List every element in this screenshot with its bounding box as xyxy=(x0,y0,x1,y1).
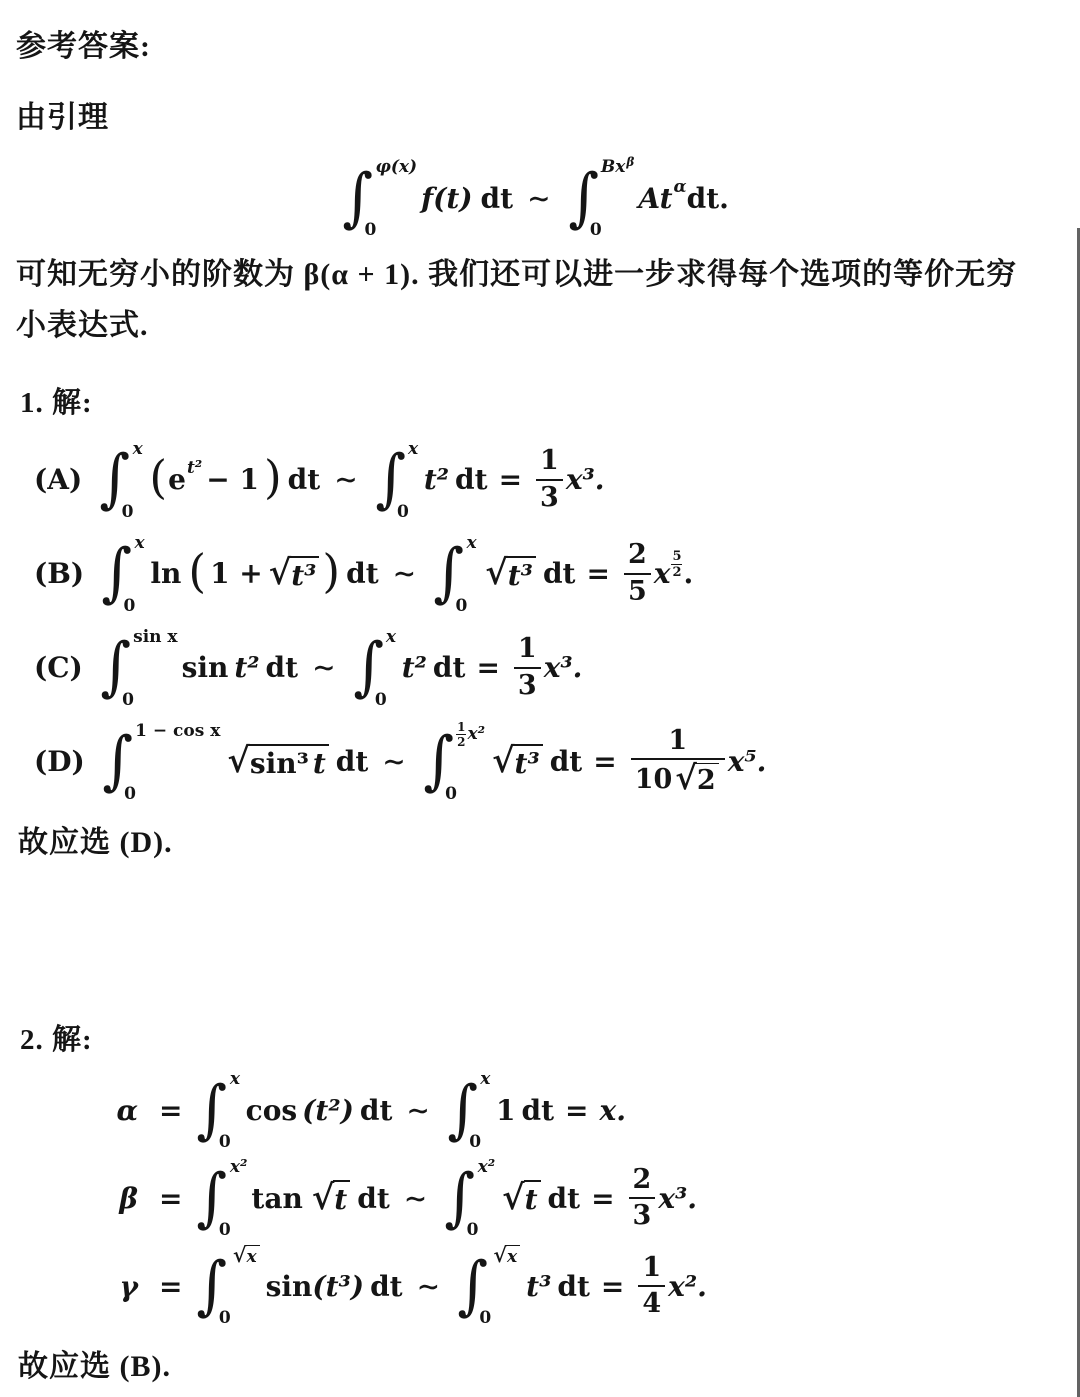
sqrt-sign: √ xyxy=(675,762,697,795)
conclusion-2: 故应选 (B). xyxy=(18,1344,1054,1389)
lower-limit: 0 xyxy=(467,1220,485,1240)
dt: dt xyxy=(548,1182,581,1215)
integral-sign: ∫ xyxy=(197,1257,228,1316)
lower-limit: 0 xyxy=(479,1308,511,1328)
equals: = xyxy=(159,1094,182,1127)
integral-sign: ∫ xyxy=(445,1169,476,1228)
equals: = xyxy=(159,1270,182,1303)
gamma-symbol: γ xyxy=(92,1270,138,1303)
tilde: ∼ xyxy=(393,557,416,590)
lower-limit: 0 xyxy=(219,1308,251,1328)
paragraph-line: 小表达式. xyxy=(16,303,1054,348)
option-d-row: (D) ∫ 1 − cos x0 √sin³t dt ∼ ∫ 12x² 0 √t… xyxy=(14,722,1054,802)
exponent: t² xyxy=(187,460,202,477)
integral: ∫ √x 0 xyxy=(195,1246,261,1326)
integral-sign: ∫ xyxy=(102,544,133,603)
upper-limit: x xyxy=(135,533,147,553)
dt: dt xyxy=(370,1270,403,1303)
option-label: (C) xyxy=(34,651,83,684)
equals: = xyxy=(159,1182,182,1215)
fraction: 13 xyxy=(536,447,563,512)
equals: = xyxy=(601,1270,624,1303)
upper-limit: x² xyxy=(478,1157,496,1177)
result: x³. xyxy=(566,463,605,496)
exponent: α xyxy=(674,179,687,196)
sqrt: √x xyxy=(232,1245,260,1267)
alpha-row: α = ∫ x0 cos (t²) dt ∼ ∫ x0 1 dt = x. xyxy=(14,1070,1054,1150)
sqrt: √t³ xyxy=(268,556,320,592)
dt: dt xyxy=(481,182,514,215)
dt: dt xyxy=(543,557,576,590)
fraction-bar xyxy=(514,667,541,669)
lower-limit: 0 xyxy=(124,784,209,804)
equals: = xyxy=(476,651,499,684)
dt: dt xyxy=(557,1270,590,1303)
upper-limit: x xyxy=(466,533,478,553)
integral: ∫ x0 xyxy=(446,1070,492,1150)
dt: dt xyxy=(346,557,379,590)
integral-sign: ∫ xyxy=(375,450,406,509)
option-label: (D) xyxy=(34,745,85,778)
gamma-row: γ = ∫ √x 0 sin(t³) dt ∼ ∫ √x 0 t³ dt = 1… xyxy=(14,1246,1054,1326)
sqrt: √sin³t xyxy=(226,744,328,780)
equals: = xyxy=(586,557,609,590)
period: . xyxy=(683,557,693,590)
lower-limit: 0 xyxy=(397,502,409,522)
sqrt-sign: √ xyxy=(227,744,249,778)
option-label: (B) xyxy=(34,557,84,590)
upper-limit: x xyxy=(133,439,145,459)
upper-limit: sin x xyxy=(133,627,177,647)
fraction-bar xyxy=(638,1285,665,1287)
sqrt-sign: √ xyxy=(502,1181,524,1215)
lower-limit: 0 xyxy=(219,1220,237,1240)
upper-limit: x xyxy=(230,1069,242,1089)
integrand: (t²) xyxy=(302,1094,354,1127)
lemma-intro: 由引理 xyxy=(16,95,1054,140)
ln: ln xyxy=(150,557,181,590)
dt: dt xyxy=(336,745,369,778)
upper-limit: x xyxy=(408,439,420,459)
exponent-fraction: 52 xyxy=(671,547,683,579)
section1-heading: 1. 解: xyxy=(20,382,1054,426)
tilde: ∼ xyxy=(527,182,550,215)
option-c-row: (C) ∫ sin x0 sin t² dt ∼ ∫ x0 t² dt = 13… xyxy=(14,628,1054,708)
page-title: 参考答案: xyxy=(16,24,1054,69)
tilde: ∼ xyxy=(382,745,405,778)
integral-sign: ∫ xyxy=(342,169,373,228)
integral-sign: ∫ xyxy=(457,1257,488,1316)
integral-sign: ∫ xyxy=(197,1169,228,1228)
sqrt-sign: √ xyxy=(312,1181,334,1215)
sqrt-sign: √ xyxy=(485,556,507,590)
lower-limit: 0 xyxy=(375,690,387,710)
left-paren: ( xyxy=(188,545,206,598)
sqrt-sign: √ xyxy=(269,556,291,590)
integral: ∫ x0 xyxy=(98,440,144,520)
upper-limit: Bxβ xyxy=(601,157,634,177)
integrand: t² xyxy=(424,463,449,496)
dt: dt xyxy=(550,745,583,778)
integrand: At xyxy=(638,182,672,215)
tilde: ∼ xyxy=(404,1182,427,1215)
equals: = xyxy=(593,745,616,778)
fraction-bar xyxy=(629,1197,656,1199)
tilde: ∼ xyxy=(312,651,335,684)
right-paren: ) xyxy=(264,451,282,504)
sin: sin xyxy=(182,651,229,684)
one-plus: 1 + xyxy=(210,557,263,590)
integrand: (t³) xyxy=(312,1270,364,1303)
fraction-bar xyxy=(624,573,651,575)
upper-limit: 12x² xyxy=(456,721,485,748)
equals: = xyxy=(499,463,522,496)
paragraph-line: 可知无穷小的阶数为 β(α + 1). 我们还可以进一步求得每个选项的等价无穷 xyxy=(16,252,1054,297)
sqrt-sign: √ xyxy=(492,744,514,778)
section2-heading: 2. 解: xyxy=(20,1019,1054,1063)
lower-limit: 0 xyxy=(455,596,467,616)
lower-limit: 0 xyxy=(590,220,623,240)
integral: ∫ Bxβ 0 xyxy=(567,158,635,238)
integrand: f(t) xyxy=(421,182,472,215)
dt: dt xyxy=(266,651,299,684)
sin: sin xyxy=(266,1270,313,1303)
upper-limit: x² xyxy=(230,1157,248,1177)
sqrt: √x xyxy=(492,1245,520,1267)
sqrt: √2 xyxy=(674,763,718,796)
fraction: 14 xyxy=(638,1254,665,1319)
minus-one: − 1 xyxy=(206,463,259,496)
left-paren: ( xyxy=(149,451,167,504)
cos: cos xyxy=(246,1094,298,1127)
dt: dt xyxy=(360,1094,393,1127)
tilde: ∼ xyxy=(334,463,357,496)
result: x. xyxy=(600,1094,626,1127)
beta-symbol: β xyxy=(92,1182,138,1215)
integral-sign: ∫ xyxy=(100,450,131,509)
fraction: 25 xyxy=(624,541,651,606)
integral: ∫ x0 xyxy=(100,534,146,614)
integrand: t³ xyxy=(526,1270,551,1303)
lower-limit: 0 xyxy=(122,690,166,710)
integral-sign: ∫ xyxy=(353,638,384,697)
integral-sign: ∫ xyxy=(447,1081,478,1140)
sqrt: √t³ xyxy=(491,744,543,780)
lower-limit: 0 xyxy=(469,1132,481,1152)
integral: ∫ φ(x) 0 xyxy=(341,158,417,238)
option-label: (A) xyxy=(34,463,82,496)
fraction: 110√2 xyxy=(631,727,725,796)
lemma-formula: ∫ φ(x) 0 f(t) dt ∼ ∫ Bxβ 0 Atα dt. xyxy=(14,158,1054,238)
sqrt: √t xyxy=(501,1180,540,1216)
upper-limit: x xyxy=(386,627,398,647)
dt: dt xyxy=(455,463,488,496)
fraction: 23 xyxy=(629,1166,656,1231)
lower-limit: 0 xyxy=(219,1132,231,1152)
alpha-symbol: α xyxy=(92,1094,138,1127)
upper-limit: 1 − cos x xyxy=(135,721,220,741)
result: x³. xyxy=(658,1182,697,1215)
half-fraction: 12 xyxy=(456,721,466,748)
integral: ∫ 12x² 0 xyxy=(422,722,485,802)
right-paren: ) xyxy=(322,545,340,598)
beta-row: β = ∫ x²0 tan √t dt ∼ ∫ x²0 √t dt = 23 x… xyxy=(14,1158,1054,1238)
lower-limit: 0 xyxy=(445,784,474,804)
lower-limit: 0 xyxy=(364,220,406,240)
result: x². xyxy=(668,1270,707,1303)
dt: dt xyxy=(522,1094,555,1127)
result: x⁵. xyxy=(728,745,767,778)
lower-limit: 0 xyxy=(122,502,134,522)
document-page: 参考答案: 由引理 ∫ φ(x) 0 f(t) dt ∼ ∫ Bxβ 0 Atα… xyxy=(0,0,1080,1389)
sqrt: √t xyxy=(311,1180,350,1216)
integral: ∫ sin x0 xyxy=(99,628,178,708)
dt: dt xyxy=(357,1182,390,1215)
integrand: t² xyxy=(402,651,427,684)
upper-limit: φ(x) xyxy=(375,157,417,177)
integral-sign: ∫ xyxy=(102,732,133,791)
integral: ∫ x0 xyxy=(374,440,420,520)
integral-sign: ∫ xyxy=(423,732,454,791)
dt: dt. xyxy=(687,182,729,215)
upper-limit: x xyxy=(480,1069,492,1089)
integrand: t² xyxy=(234,651,259,684)
integral-sign: ∫ xyxy=(197,1081,228,1140)
spacer xyxy=(14,865,1054,985)
fraction: 13 xyxy=(514,635,541,700)
lower-limit: 0 xyxy=(124,596,136,616)
integral: ∫ x0 xyxy=(195,1070,241,1150)
integral: ∫ x²0 xyxy=(443,1158,495,1238)
fraction-bar xyxy=(536,479,563,481)
sqrt: √t³ xyxy=(484,556,536,592)
tilde: ∼ xyxy=(406,1094,429,1127)
integral-sign: ∫ xyxy=(568,169,599,228)
equals: = xyxy=(591,1182,614,1215)
option-a-row: (A) ∫ x0 ( et² − 1 ) dt ∼ ∫ x0 t² dt = 1… xyxy=(14,440,1054,520)
tilde: ∼ xyxy=(417,1270,440,1303)
upper-limit: √x xyxy=(230,1245,262,1267)
option-b-row: (B) ∫ x0 ln ( 1 + √t³ ) dt ∼ ∫ x0 √t³ dt… xyxy=(14,534,1054,614)
dt: dt xyxy=(433,651,466,684)
result-base: x xyxy=(654,557,671,590)
upper-limit: √x xyxy=(490,1245,522,1267)
integral-sign: ∫ xyxy=(433,544,464,603)
integral: ∫ x0 xyxy=(352,628,398,708)
integral-sign: ∫ xyxy=(100,638,131,697)
integral: ∫ x0 xyxy=(432,534,478,614)
conclusion-1: 故应选 (D). xyxy=(18,820,1054,865)
integral: ∫ x²0 xyxy=(195,1158,247,1238)
integrand: 1 xyxy=(496,1094,515,1127)
equals: = xyxy=(565,1094,588,1127)
e-base: e xyxy=(168,463,186,496)
integral: ∫ 1 − cos x0 xyxy=(101,722,221,802)
result: x³. xyxy=(544,651,583,684)
dt: dt xyxy=(288,463,321,496)
integral: ∫ √x 0 xyxy=(456,1246,522,1326)
tan: tan xyxy=(251,1182,302,1215)
